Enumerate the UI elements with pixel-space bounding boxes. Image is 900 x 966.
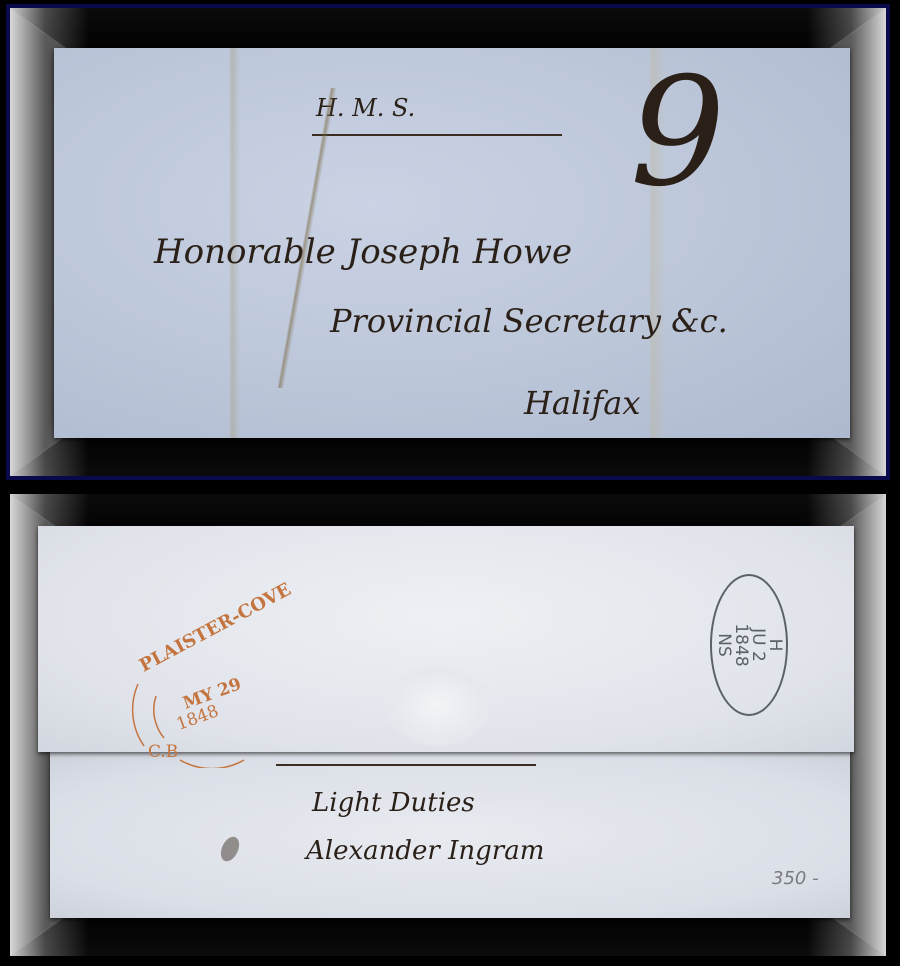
origin-postmark-province: C.B xyxy=(148,742,178,762)
receiving-postmark-line3: 1848 xyxy=(732,623,749,666)
receiving-postmark-line2: JU 2 xyxy=(749,623,766,666)
endorsement-underline xyxy=(312,134,562,136)
rate-marking: 9 xyxy=(630,58,725,208)
pencil-price: 350 - xyxy=(772,868,819,889)
cover-front: H. M. S. 9 Honorable Joseph Howe Provinc… xyxy=(54,48,850,438)
receiving-postmark: H JU 2 1848 NS xyxy=(710,574,788,716)
ink-blot xyxy=(217,834,242,864)
front-panel: H. M. S. 9 Honorable Joseph Howe Provinc… xyxy=(6,4,890,480)
docket-line-1: Light Duties xyxy=(312,788,475,818)
address-line-2: Provincial Secretary &c. xyxy=(330,302,728,340)
docket-line-2: Alexander Ingram xyxy=(306,836,544,866)
crossing-strokes xyxy=(278,88,338,388)
origin-postmark: PLAISTER-COVE MY 29 1848 C.B xyxy=(124,628,274,768)
docket-rule xyxy=(276,764,536,766)
address-line-3: Halifax xyxy=(524,384,640,422)
cover-back-flap: PLAISTER-COVE MY 29 1848 C.B H JU 2 1848… xyxy=(38,526,854,752)
wax-seal-remnant xyxy=(386,666,490,746)
receiving-postmark-line1: H xyxy=(766,623,783,666)
receiving-postmark-line4: NS xyxy=(715,623,732,666)
cover-back-lower: Light Duties Alexander Ingram 350 - xyxy=(50,752,850,918)
address-line-1: Honorable Joseph Howe xyxy=(154,232,572,272)
back-panel: PLAISTER-COVE MY 29 1848 C.B H JU 2 1848… xyxy=(6,490,890,960)
